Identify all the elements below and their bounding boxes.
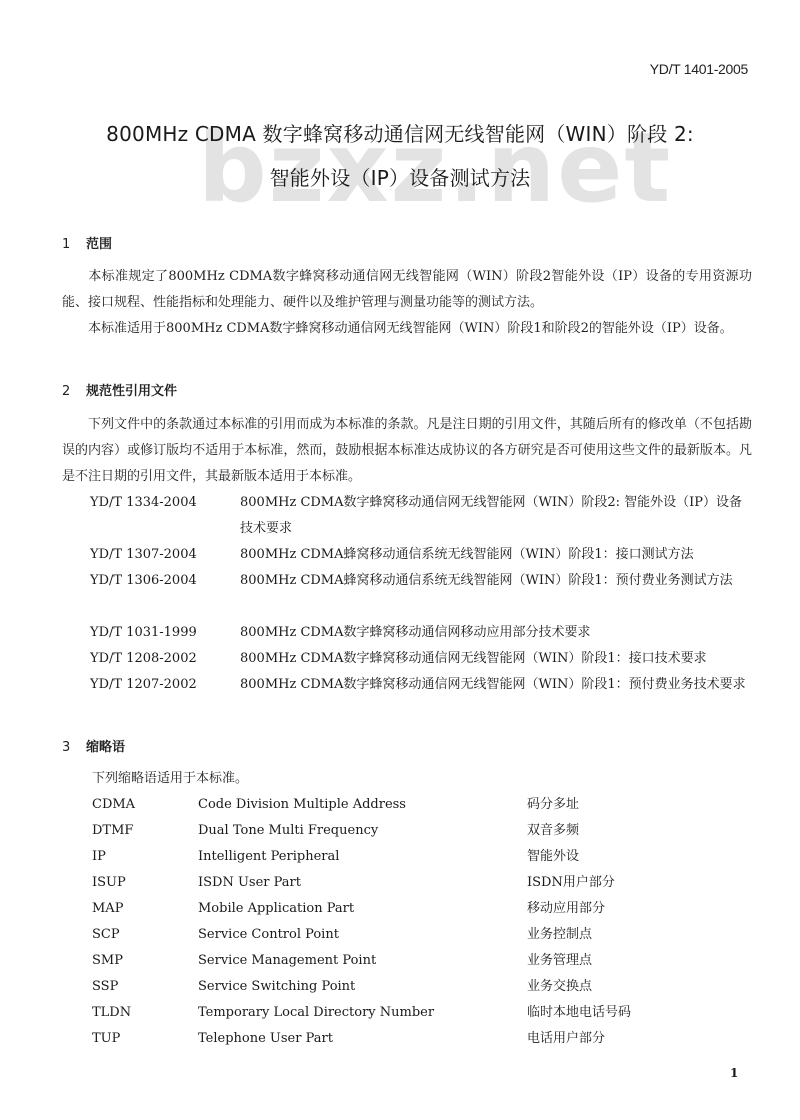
abbreviation: IP bbox=[92, 844, 106, 870]
abbreviation: TUP bbox=[92, 1026, 120, 1052]
abbreviation-chinese: 业务交换点 bbox=[527, 974, 592, 1000]
paragraph: 下列文件中的条款通过本标准的引用而成为本标准的条款。凡是注日期的引用文件，其随后… bbox=[62, 412, 752, 490]
abbreviation-full: Dual Tone Multi Frequency bbox=[198, 818, 378, 844]
abbreviation-full: Code Division Multiple Address bbox=[198, 792, 406, 818]
abbreviation: MAP bbox=[92, 896, 123, 922]
abbreviation: TLDN bbox=[92, 1000, 131, 1026]
abbreviation: SSP bbox=[92, 974, 118, 1000]
reference-code: YD/T 1207-2002 bbox=[90, 672, 240, 698]
abbreviation-chinese: 业务管理点 bbox=[527, 948, 592, 974]
abbreviation: DTMF bbox=[92, 818, 133, 844]
abbreviation-full: Service Control Point bbox=[198, 922, 339, 948]
reference-title: 800MHz CDMA数字蜂窝移动通信网无线智能网（WIN）阶段1：接口技术要求 bbox=[240, 646, 748, 672]
section-heading-normative-references: 2规范性引用文件 bbox=[62, 380, 177, 399]
abbreviation-full: Mobile Application Part bbox=[198, 896, 354, 922]
reference-code: YD/T 1306-2004 bbox=[90, 568, 240, 594]
reference-title: 800MHz CDMA蜂窝移动通信系统无线智能网（WIN）阶段1：接口测试方法 bbox=[240, 542, 748, 568]
section-title: 范围 bbox=[86, 237, 112, 252]
section-number: 3 bbox=[62, 740, 86, 755]
page-title-line-1: 800MHz CDMA 数字蜂窝移动通信网无线智能网（WIN）阶段 2: bbox=[0, 118, 800, 147]
reference-title: 800MHz CDMA数字蜂窝移动通信网无线智能网（WIN）阶段1：预付费业务技… bbox=[240, 672, 748, 698]
abbreviation-full: Service Management Point bbox=[198, 948, 376, 974]
reference-title: 800MHz CDMA数字蜂窝移动通信网无线智能网（WIN）阶段2: 智能外设（… bbox=[240, 490, 748, 542]
page-title-line-2: 智能外设（IP）设备测试方法 bbox=[0, 162, 800, 191]
reference-code: YD/T 1208-2002 bbox=[90, 646, 240, 672]
section-heading-abbreviations: 3缩略语 bbox=[62, 736, 125, 755]
abbreviation-chinese: ISDN用户部分 bbox=[527, 870, 615, 896]
reference-code: YD/T 1307-2004 bbox=[90, 542, 240, 568]
reference-title: 800MHz CDMA数字蜂窝移动通信网移动应用部分技术要求 bbox=[240, 620, 748, 646]
abbreviation-chinese: 业务控制点 bbox=[527, 922, 592, 948]
abbreviation-chinese: 临时本地电话号码 bbox=[527, 1000, 631, 1026]
abbreviation-chinese: 电话用户部分 bbox=[527, 1026, 605, 1052]
document-code: YD/T 1401-2005 bbox=[650, 61, 748, 77]
abbreviation-full: Service Switching Point bbox=[198, 974, 355, 1000]
paragraph: 本标准规定了800MHz CDMA数字蜂窝移动通信网无线智能网（WIN）阶段2智… bbox=[62, 264, 752, 316]
section-number: 2 bbox=[62, 384, 86, 399]
page-number: 1 bbox=[730, 1066, 738, 1080]
abbreviation-chinese: 移动应用部分 bbox=[527, 896, 605, 922]
abbreviation-full: Intelligent Peripheral bbox=[198, 844, 339, 870]
section-number: 1 bbox=[62, 237, 86, 252]
abbreviation: ISUP bbox=[92, 870, 126, 896]
section-heading-scope: 1范围 bbox=[62, 233, 112, 252]
abbreviation: CDMA bbox=[92, 792, 135, 818]
section-title: 缩略语 bbox=[86, 740, 125, 755]
paragraph: 下列缩略语适用于本标准。 bbox=[92, 766, 782, 792]
abbreviation-full: Temporary Local Directory Number bbox=[198, 1000, 434, 1026]
abbreviation-full: ISDN User Part bbox=[198, 870, 301, 896]
abbreviation-chinese: 码分多址 bbox=[527, 792, 579, 818]
reference-code: YD/T 1031-1999 bbox=[90, 620, 240, 646]
abbreviation-full: Telephone User Part bbox=[198, 1026, 333, 1052]
reference-title: 800MHz CDMA蜂窝移动通信系统无线智能网（WIN）阶段1：预付费业务测试… bbox=[240, 568, 748, 594]
abbreviation-chinese: 双音多频 bbox=[527, 818, 579, 844]
section-title: 规范性引用文件 bbox=[86, 384, 177, 399]
reference-code: YD/T 1334-2004 bbox=[90, 490, 240, 516]
abbreviation: SMP bbox=[92, 948, 123, 974]
abbreviation: SCP bbox=[92, 922, 120, 948]
abbreviation-chinese: 智能外设 bbox=[527, 844, 579, 870]
paragraph: 本标准适用于800MHz CDMA数字蜂窝移动通信网无线智能网（WIN）阶段1和… bbox=[62, 316, 752, 342]
